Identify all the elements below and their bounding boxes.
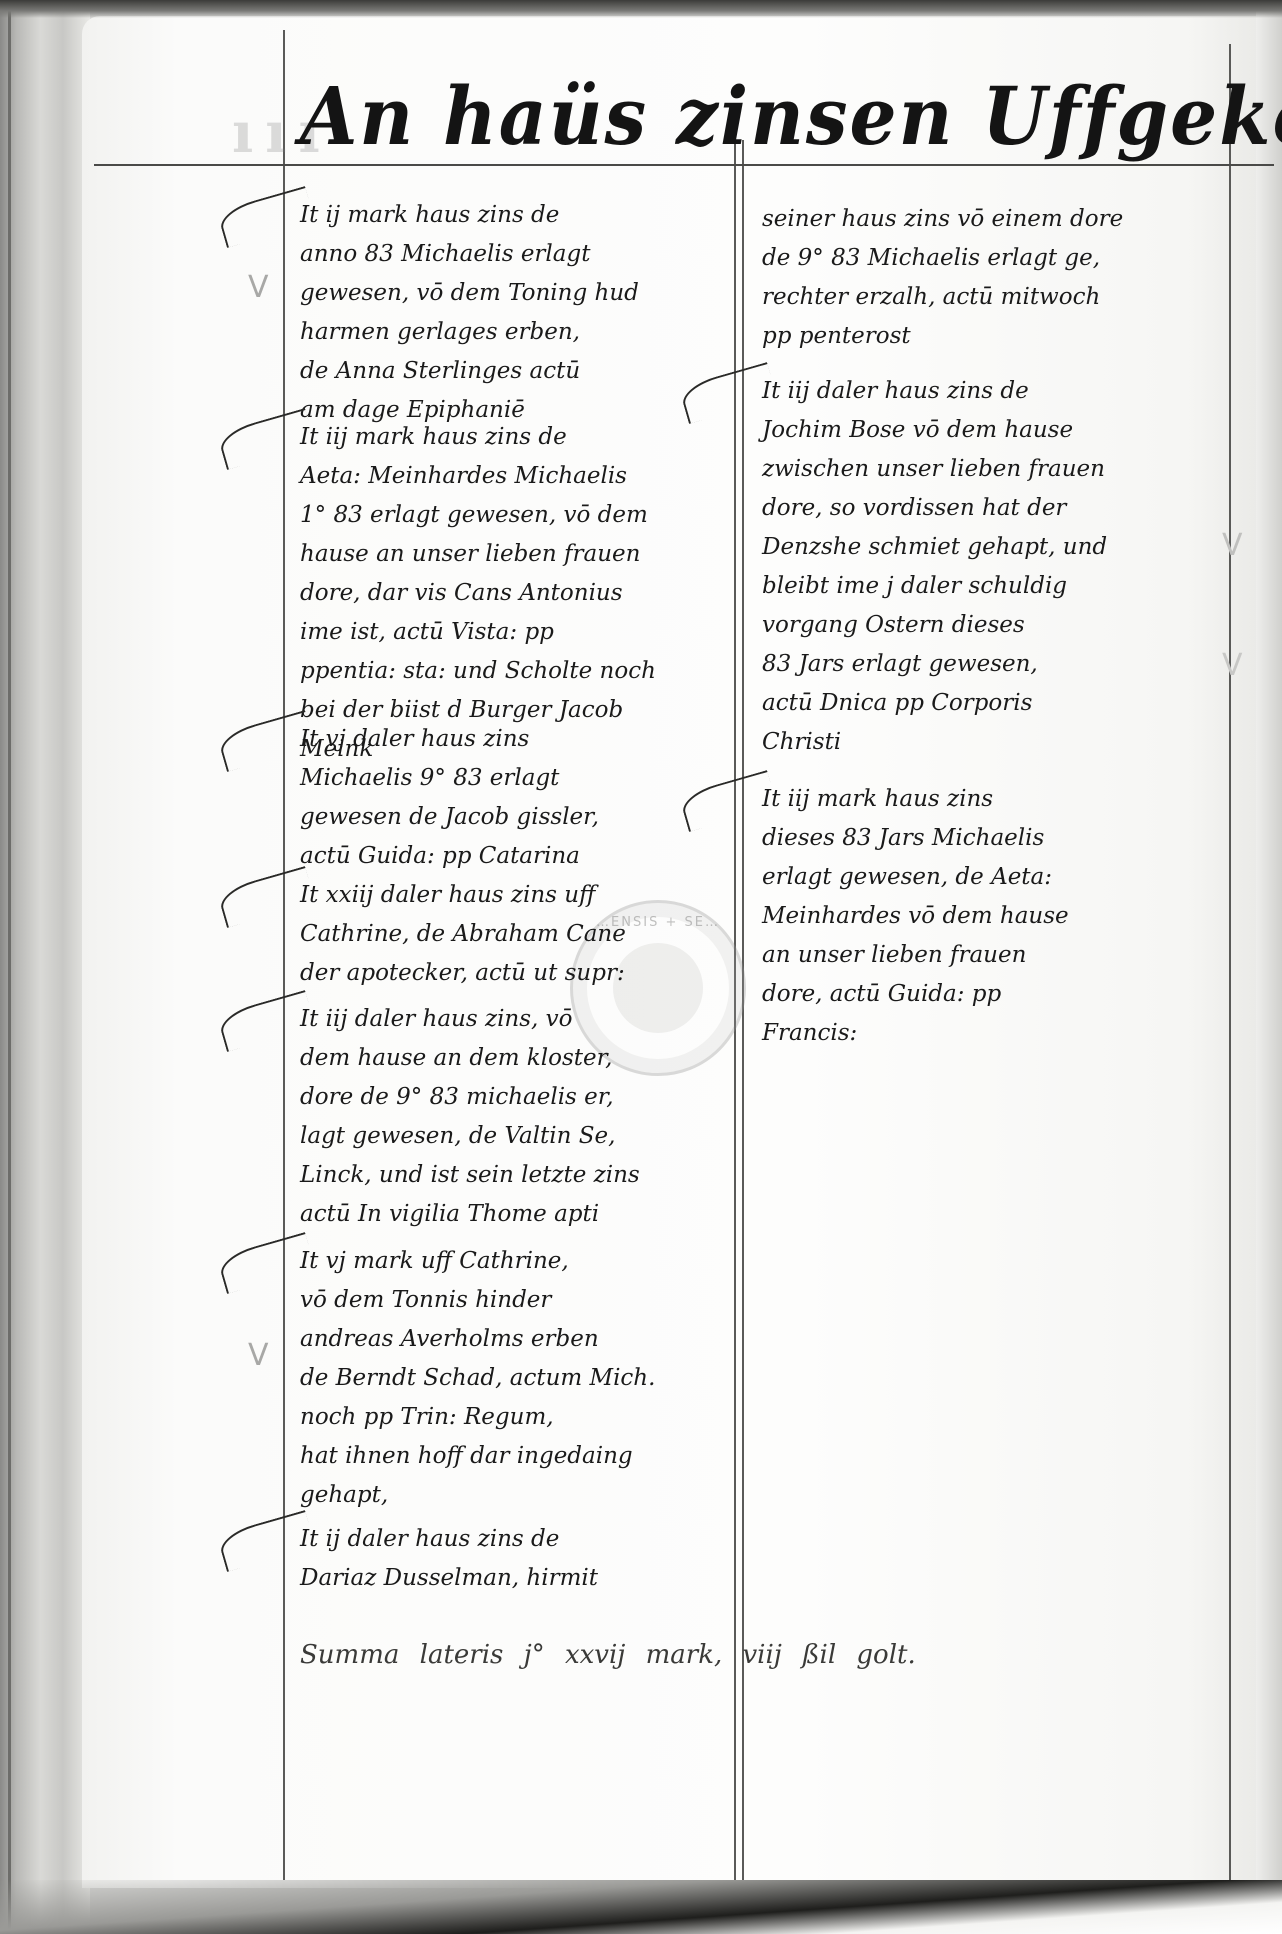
- binding-edge: [8, 0, 11, 1934]
- bottom-shadow: [0, 1880, 1282, 1934]
- page-title: An haüs zinsen Uffgekomene.: [300, 58, 1240, 177]
- margin-check-mark: V: [1222, 528, 1243, 563]
- right-margin-rule: [1229, 44, 1231, 1880]
- ledger-entry-left-5: It iij daler haus zins, vō dem hause an …: [300, 1000, 640, 1234]
- left-column-rule: [283, 30, 285, 1880]
- ledger-entry-left-7: It ij daler haus zins de Dariaz Dusselma…: [300, 1520, 598, 1598]
- book-binding: [0, 0, 90, 1934]
- page-summary-total: Summa lateris j° xxvij mark, viij ßil go…: [300, 1640, 1120, 1670]
- ledger-entry-left-4: It xxiij daler haus zins uff Cathrine, d…: [300, 876, 626, 993]
- ledger-entry-right-1: seiner haus zins vō einem dore de 9° 83 …: [762, 200, 1123, 356]
- ledger-entry-right-3: It iij mark haus zins dieses 83 Jars Mic…: [762, 780, 1069, 1053]
- margin-check-mark: V: [1222, 648, 1243, 683]
- ledger-entry-right-2: It iij daler haus zins de Jochim Bose vō…: [762, 372, 1107, 762]
- ledger-entry-left-1: It ij mark haus zins de anno 83 Michaeli…: [300, 196, 639, 430]
- ledger-entry-left-3: It vj daler haus zins Michaelis 9° 83 er…: [300, 720, 599, 876]
- ledger-entry-left-2: It iij mark haus zins de Aeta: Meinharde…: [300, 418, 656, 769]
- top-shadow: [0, 0, 1282, 18]
- page-right-edge: [1256, 0, 1282, 1934]
- margin-check-mark: V: [248, 270, 269, 305]
- margin-check-mark: V: [248, 1338, 269, 1373]
- ledger-entry-left-6: It vj mark uff Cathrine, vō dem Tonnis h…: [300, 1242, 655, 1515]
